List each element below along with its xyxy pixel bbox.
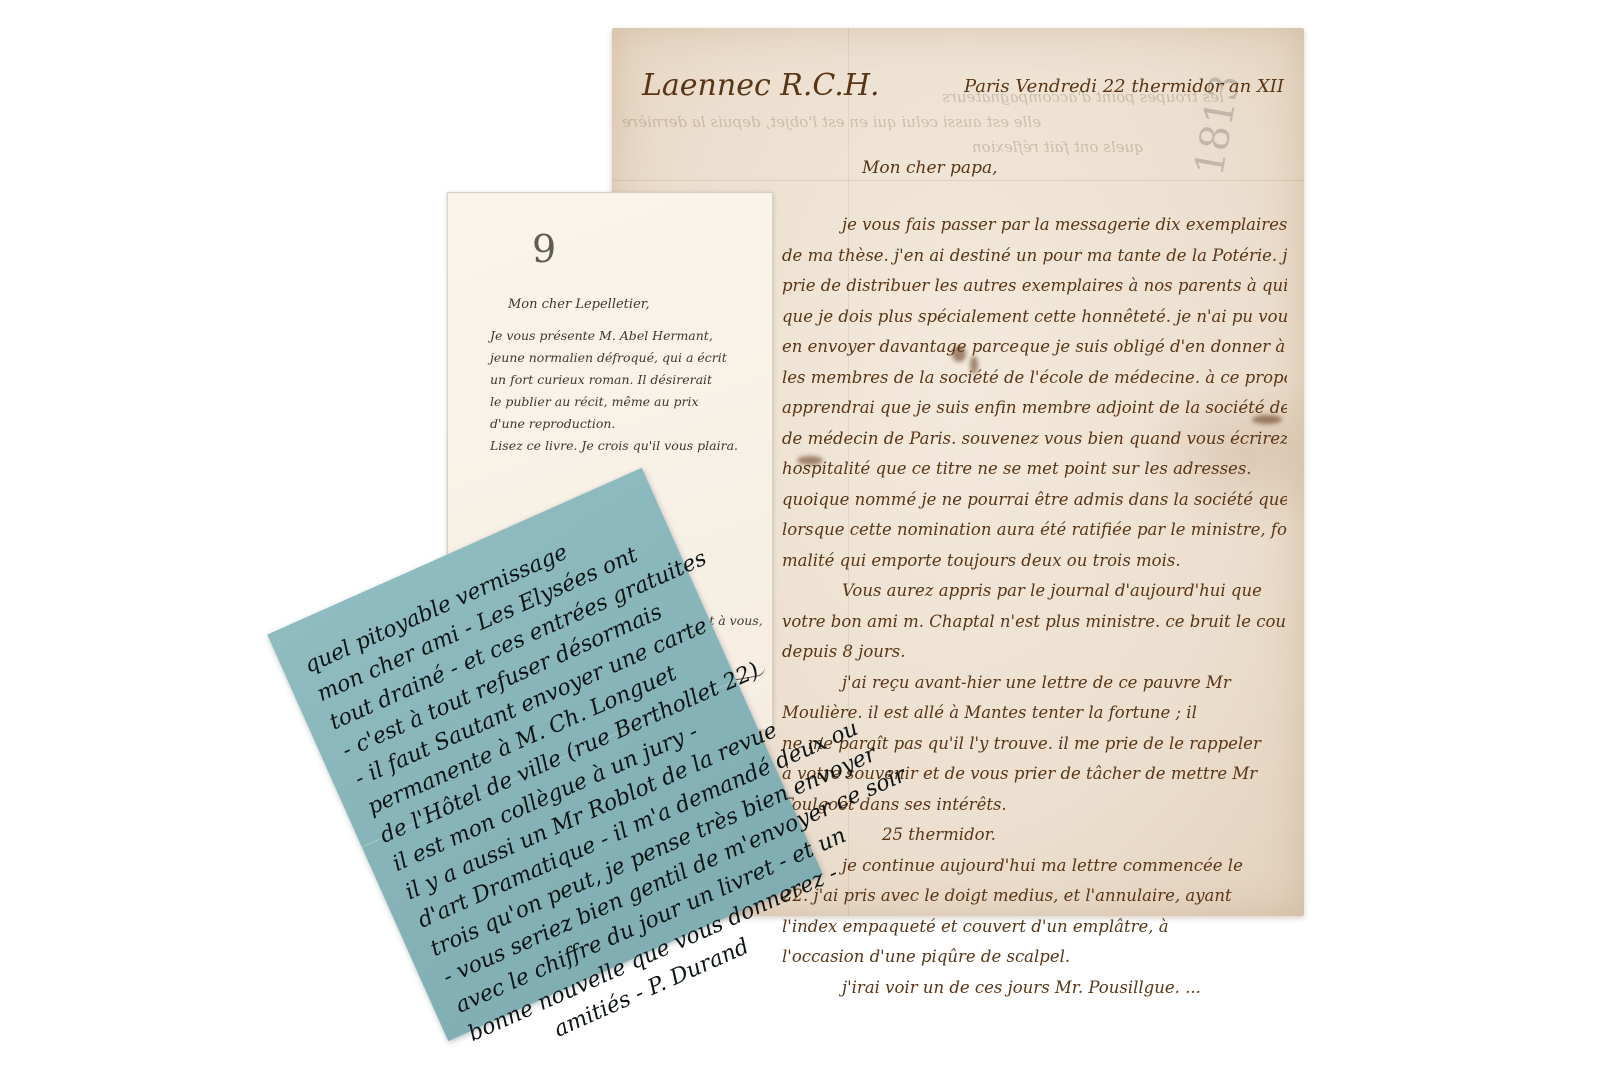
pencil-annotation: 1813 <box>1186 102 1267 183</box>
letter-line: hospitalité que ce titre ne se met point… <box>782 454 1287 485</box>
ink-blot <box>952 346 966 362</box>
letter-line: Vous aurez appris par le journal d'aujou… <box>782 576 1287 607</box>
paper-fold-horizontal <box>612 180 1304 181</box>
letter-greeting: Mon cher Lepelletier, <box>508 297 650 312</box>
letter-line: votre bon ami m. Chaptal n'est plus mini… <box>782 607 1287 638</box>
letter-line: malité qui emporte toujours deux ou troi… <box>782 546 1287 577</box>
letter-line: de ma thèse. j'en ai destiné un pour ma … <box>782 241 1287 272</box>
letter-line-date: 25 thermidor. <box>782 820 1287 851</box>
letter-line: jeune normalien défroqué, qui a écrit <box>490 347 762 369</box>
letter-line: que je dois plus spécialement cette honn… <box>782 302 1287 333</box>
letter-body: Je vous présente M. Abel Hermant, jeune … <box>490 325 762 457</box>
letter-line: j'irai voir un de ces jours Mr. Pousillg… <box>782 973 1287 1004</box>
letter-line: les membres de la société de l'école de … <box>782 363 1287 394</box>
letter-line: apprendrai que je suis enfin membre adjo… <box>782 393 1287 424</box>
letter-line: depuis 8 jours. <box>782 637 1287 668</box>
letter-line: Je vous présente M. Abel Hermant, <box>490 325 762 347</box>
letter-header-date: Paris Vendredi 22 thermidor an XII <box>964 76 1284 97</box>
letter-line: en envoyer davantage parceque je suis ob… <box>782 332 1287 363</box>
ink-blot <box>797 456 823 465</box>
bleed-through-text: elle est aussi celui qui en est l'objet,… <box>622 113 1041 131</box>
letter-line: l'occasion d'une piqûre de scalpel. <box>782 942 1287 973</box>
letter-line: je continue aujourd'hui ma lettre commen… <box>782 851 1287 882</box>
letter-line: Moulière. il est allé à Mantes tenter la… <box>782 698 1287 729</box>
letter-line: le publier au récit, même au prix <box>490 391 762 413</box>
letter-line: de médecin de Paris. souvenez vous bien … <box>782 424 1287 455</box>
letter-line: lorsque cette nomination aura été ratifi… <box>782 515 1287 546</box>
letter-line: Lisez ce livre. Je crois qu'il vous plai… <box>490 435 762 457</box>
letter-line: quoique nommé je ne pourrai être admis d… <box>782 485 1287 516</box>
letter-line: prie de distribuer les autres exemplaire… <box>782 271 1287 302</box>
letter-salutation: Mon cher papa, <box>862 158 998 178</box>
ink-blot <box>1252 415 1282 424</box>
letter-line: d'une reproduction. <box>490 413 762 435</box>
page-number: 9 <box>532 227 556 271</box>
letter-line: 22. j'ai pris avec le doigt medius, et l… <box>782 881 1287 912</box>
bleed-through-text: quels ont fait réflexion <box>972 138 1144 156</box>
letter-line: j'ai reçu avant-hier une lettre de ce pa… <box>782 668 1287 699</box>
letter-line: un fort curieux roman. Il désirerait <box>490 369 762 391</box>
letter-line: je vous fais passer par la messagerie di… <box>782 210 1287 241</box>
letter-line: l'index empaqueté et couvert d'un emplât… <box>782 912 1287 943</box>
letter-header-name: Laennec R.C.H. <box>642 68 880 103</box>
ink-blot <box>970 356 978 374</box>
letter-body: je vous fais passer par la messagerie di… <box>782 210 1287 1003</box>
